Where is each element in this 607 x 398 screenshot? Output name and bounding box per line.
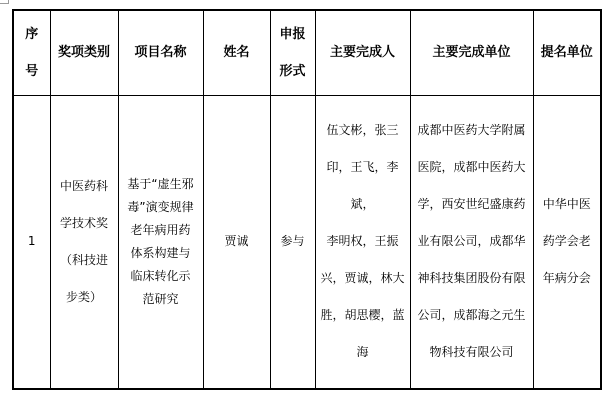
table-header-row: 序 号 奖项类别 项目名称 姓名 申报 形式 主要完成人 主要完成单位 提名单位 bbox=[13, 10, 601, 95]
cell-main-contributors: 伍文彬，张三 印，王飞，李斌， 李明权，王振 兴，贾诚，林大 胜，胡思樱，蓝 海 bbox=[315, 95, 410, 389]
cell-serial-number: 1 bbox=[13, 95, 50, 389]
header-application-form: 申报 形式 bbox=[270, 10, 315, 95]
table-row: 1 中医药科 学技术奖 （科技进 步类） 基于“虚生邪 毒”演变规律 老年病用药… bbox=[13, 95, 601, 389]
cell-project-name: 基于“虚生邪 毒”演变规律 老年病用药 体系构建与 临床转化示 范研究 bbox=[118, 95, 203, 389]
header-nominating-organization: 提名单位 bbox=[533, 10, 601, 95]
header-main-contributors: 主要完成人 bbox=[315, 10, 410, 95]
cell-main-organizations: 成都中医药大学附属 医院，成都中医药大 学，西安世纪盛康药 业有限公司，成都华 … bbox=[410, 95, 533, 389]
header-serial-number: 序 号 bbox=[13, 10, 50, 95]
cell-nominating-organization: 中华中医 药学会老 年病分会 bbox=[533, 95, 601, 389]
corner-artifact bbox=[0, 0, 9, 4]
award-table: 序 号 奖项类别 项目名称 姓名 申报 形式 主要完成人 主要完成单位 提名单位… bbox=[12, 9, 602, 390]
cell-application-form: 参与 bbox=[270, 95, 315, 389]
header-project-name: 项目名称 bbox=[118, 10, 203, 95]
cell-award-category: 中医药科 学技术奖 （科技进 步类） bbox=[50, 95, 118, 389]
header-award-category: 奖项类别 bbox=[50, 10, 118, 95]
document-page: 序 号 奖项类别 项目名称 姓名 申报 形式 主要完成人 主要完成单位 提名单位… bbox=[0, 0, 607, 398]
header-person-name: 姓名 bbox=[203, 10, 270, 95]
header-main-organizations: 主要完成单位 bbox=[410, 10, 533, 95]
cell-person-name: 贾诚 bbox=[203, 95, 270, 389]
